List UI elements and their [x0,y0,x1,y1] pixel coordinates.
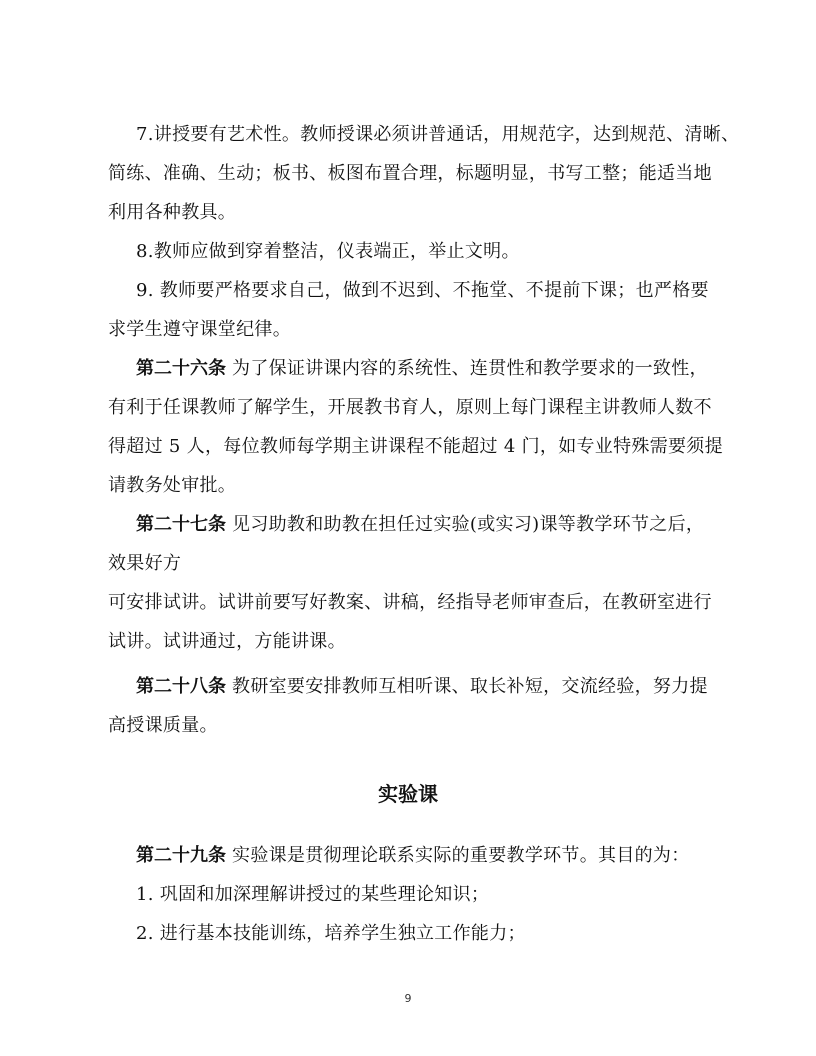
list-item-1: 1. 巩固和加深理解讲授过的某些理论知识； [136,883,714,907]
article-26-line-1: 第二十六条 为了保证讲课内容的系统性、连贯性和教学要求的一致性， [136,357,714,381]
article-26-label: 第二十六条 [136,358,226,379]
item-7-line-2: 简练、准确、生动；板书、板图布置合理，标题明显，书写工整；能适当地 [108,162,714,186]
article-27-label: 第二十七条 [136,514,226,535]
item-8-line-1: 8.教师应做到穿着整洁，仪表端正，举止文明。 [136,240,714,264]
article-26-line-3: 得超过 5 人，每位教师每学期主讲课程不能超过 4 门，如专业特殊需要须提 [108,435,714,459]
article-27-line-1: 第二十七条 见习助教和助教在担任过实验(或实习)课等教学环节之后， [136,513,714,537]
item-7-line-3: 利用各种教具。 [108,201,714,225]
article-28-line-1: 第二十八条 教研室要安排教师互相听课、取长补短，交流经验，努力提 [136,675,714,699]
article-29-label: 第二十九条 [136,845,226,866]
article-27-line-3: 可安排试讲。试讲前要写好教案、讲稿，经指导老师审查后，在教研室进行 [108,591,714,615]
article-26-text: 为了保证讲课内容的系统性、连贯性和教学要求的一致性， [232,358,708,379]
document-page: 7.讲授要有艺术性。教师授课必须讲普通话，用规范字，达到规范、清晰、 简练、准确… [0,0,816,1056]
article-29-text: 实验课是贯彻理论联系实际的重要教学环节。其目的为： [232,845,690,866]
item-9-line-1: 9. 教师要严格要求自己，做到不迟到、不拖堂、不提前下课；也严格要 [136,279,714,303]
article-27-line-2: 效果好方 [108,552,714,576]
page-number: 9 [0,992,816,1005]
article-28-text: 教研室要安排教师互相听课、取长补短，交流经验，努力提 [232,676,708,697]
item-9-line-2: 求学生遵守课堂纪律。 [108,318,714,342]
article-26-line-4: 请教务处审批。 [108,474,714,498]
article-27-line-4: 试讲。试讲通过，方能讲课。 [108,630,714,654]
article-28-label: 第二十八条 [136,676,226,697]
article-26-line-2: 有利于任课教师了解学生，开展教书育人，原则上每门课程主讲教师人数不 [108,396,714,420]
item-7-line-1: 7.讲授要有艺术性。教师授课必须讲普通话，用规范字，达到规范、清晰、 [136,123,714,147]
article-28-line-2: 高授课质量。 [108,714,714,738]
list-item-2: 2. 进行基本技能训练，培养学生独立工作能力； [136,922,714,946]
article-29-line-1: 第二十九条 实验课是贯彻理论联系实际的重要教学环节。其目的为： [136,844,714,868]
section-heading: 实验课 [0,781,816,807]
article-27-text: 见习助教和助教在担任过实验(或实习)课等教学环节之后， [232,514,704,535]
